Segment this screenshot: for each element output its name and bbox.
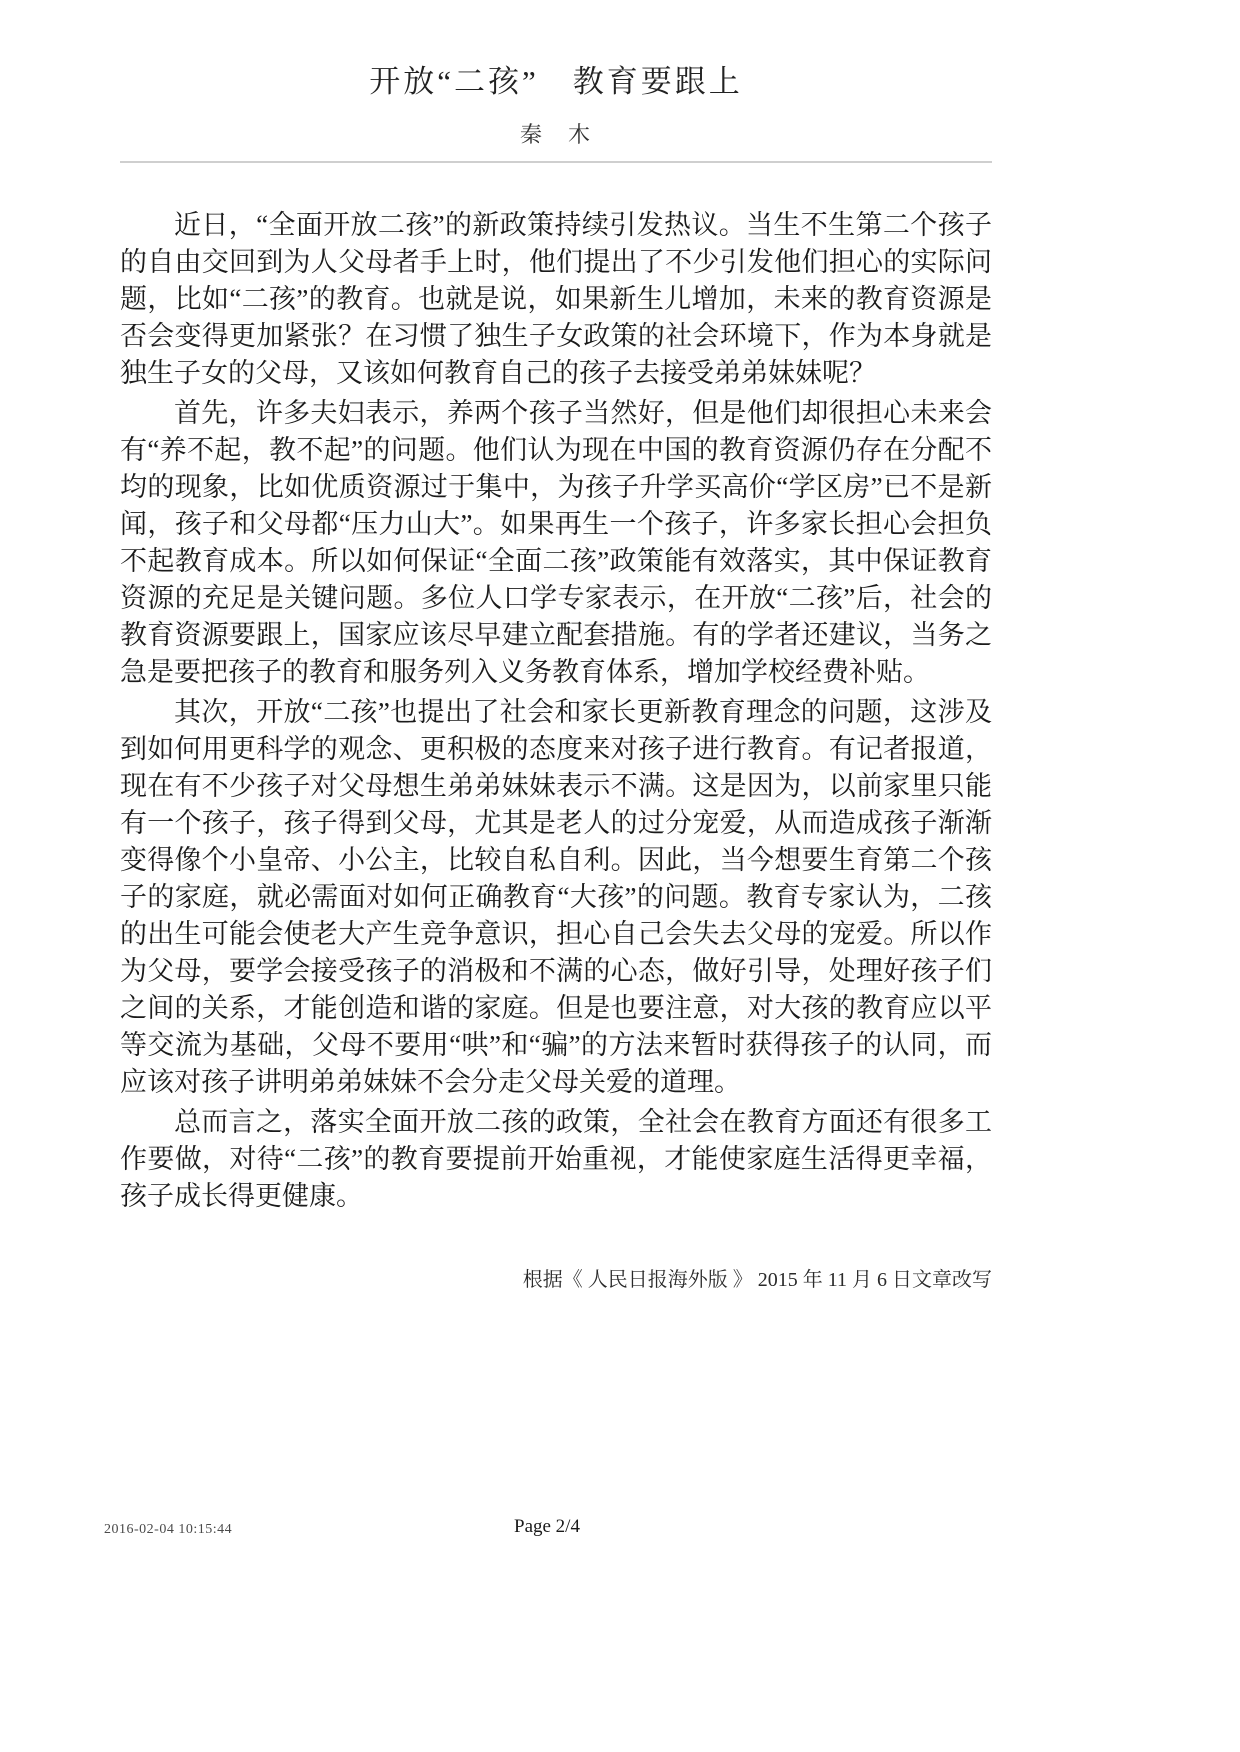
attribution-line: 根据《 人民日报海外版 》 2015 年 11 月 6 日文章改写 (120, 1263, 992, 1292)
title-divider (120, 161, 992, 163)
page-title: 开放“二孩” 教育要跟上 (120, 0, 992, 102)
text-column: 开放“二孩” 教育要跟上 秦 木 近日，“全面开放二孩”的新政策持续引发热议。当… (120, 0, 992, 1292)
body-paragraph: 近日，“全面开放二孩”的新政策持续引发热议。当生不生第二个孩子的自由交回到为人父… (120, 207, 992, 392)
body-paragraph: 总而言之，落实全面开放二孩的政策，全社会在教育方面还有很多工作要做，对待“二孩”… (120, 1104, 992, 1215)
body-paragraph: 其次，开放“二孩”也提出了社会和家长更新教育理念的问题，这涉及到如何用更科学的观… (120, 694, 992, 1101)
body-paragraph: 首先，许多夫妇表示，养两个孩子当然好，但是他们却很担心未来会有“养不起，教不起”… (120, 395, 992, 691)
document-page: 开放“二孩” 教育要跟上 秦 木 近日，“全面开放二孩”的新政策持续引发热议。当… (0, 0, 1240, 1752)
author-name: 秦 木 (120, 102, 992, 149)
footer-timestamp: 2016-02-04 10:15:44 (104, 1522, 232, 1538)
page-number: Page 2/4 (514, 1516, 580, 1538)
article-body: 近日，“全面开放二孩”的新政策持续引发热议。当生不生第二个孩子的自由交回到为人父… (120, 207, 992, 1215)
